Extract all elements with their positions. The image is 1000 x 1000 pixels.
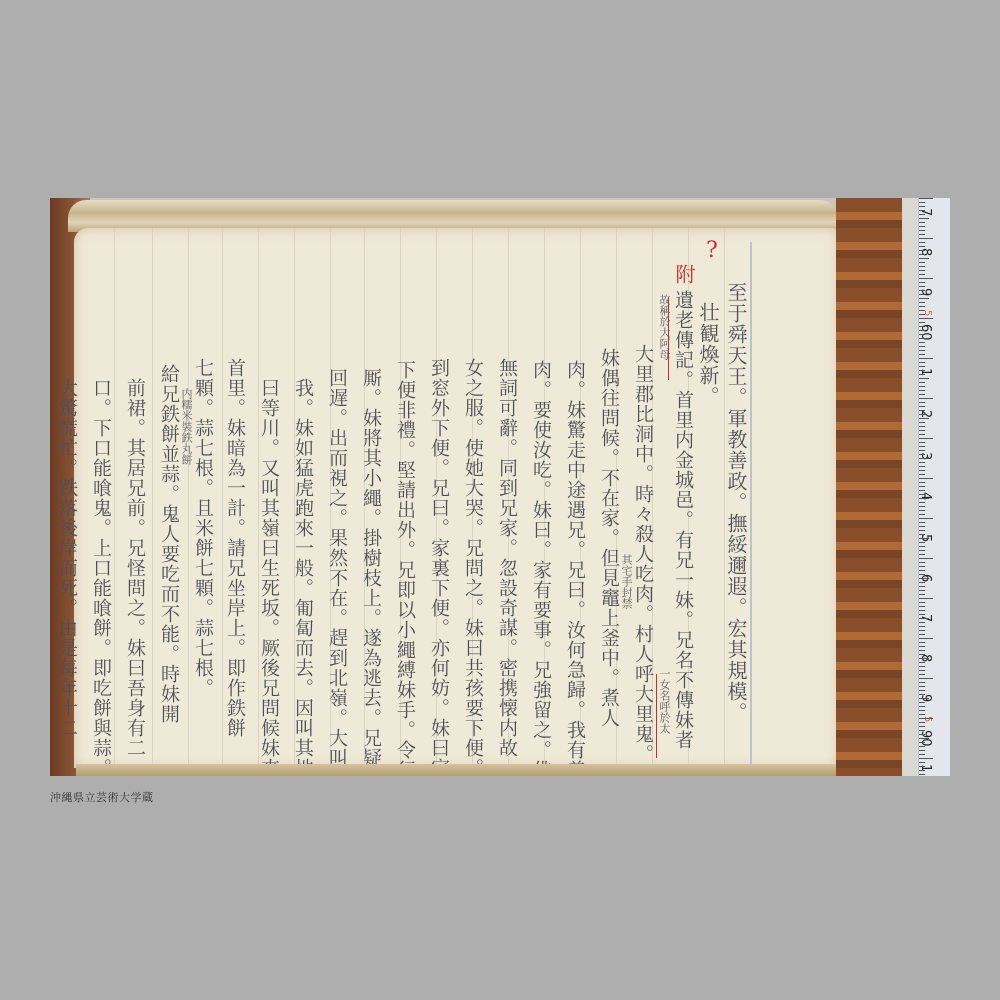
ruler-tick [919, 302, 925, 303]
ruler-tick [919, 226, 925, 227]
ruler-tick [919, 634, 925, 635]
ruler-tick [919, 230, 925, 231]
text-column: 至于舜天王。軍教善政。撫綏邇遐。宏其規模。 [724, 282, 748, 723]
ruler-tick [919, 270, 925, 271]
text-column: 我。妹如猛虎跑來一般。匍匐而去。因叫其地 [292, 378, 314, 776]
background-strip [902, 198, 918, 776]
ruler-tick [919, 442, 925, 443]
ruler-tick [919, 306, 925, 307]
ruler-tick [919, 726, 925, 727]
ruler-tick [919, 482, 925, 483]
ruler-tick [919, 426, 925, 427]
ruler-tick [919, 402, 925, 403]
ruler-tick [919, 590, 925, 591]
ruler-tick [919, 310, 925, 311]
text-column: 回遅。出而視之。果然不在。趕到北嶺。大叫等 [326, 368, 348, 776]
text-column: 大驚慌忙。跌落後岸而死。由是每年十二 [56, 378, 78, 738]
text-column: 無詞可辭。同到兄家。忽設奇謀。密携懐内故 [496, 358, 518, 758]
ruler-tick [919, 538, 929, 539]
ruler-tick [919, 378, 929, 379]
ruler-tick [919, 750, 925, 751]
ruler-tick [919, 774, 925, 775]
ruler-tick [919, 434, 925, 435]
ruler-tick [919, 218, 929, 219]
ruler-tick [919, 578, 929, 579]
page-edges-bottom [76, 764, 836, 776]
ruler-tick [919, 330, 925, 331]
ruler-tick [919, 534, 925, 535]
ruler-tick [919, 326, 925, 327]
ruler-tick [919, 542, 925, 543]
ruler-tick [919, 606, 925, 607]
ruler-tick [919, 746, 925, 747]
ruler-tick [919, 446, 925, 447]
ruler-tick [919, 490, 925, 491]
ruler-tick [919, 202, 925, 203]
ruler-tick [919, 622, 925, 623]
ruler-tick [919, 498, 929, 499]
ruler-tick [919, 474, 925, 475]
ruler-tick [919, 354, 925, 355]
ruler-tick [919, 526, 925, 527]
ruler-tick [919, 686, 925, 687]
ruler-tick [919, 762, 925, 763]
ruler-tick [919, 770, 925, 771]
ruler-tick [919, 258, 929, 259]
ruled-line [222, 228, 223, 768]
ruler-tick [919, 550, 925, 551]
ruler-tick [919, 246, 925, 247]
ruler-tick [919, 394, 925, 395]
ruler-tick [919, 470, 925, 471]
ruler-tick [919, 222, 925, 223]
ruler-tick [919, 286, 925, 287]
notebook-page: ? 至于舜天王。軍教善政。撫綏邇遐。宏其規模。 壮観煥新。 附 遺老傳記。首里内… [74, 228, 838, 768]
ruler-tick [919, 366, 925, 367]
ruler-tick [919, 294, 925, 295]
ruler-tick [919, 346, 925, 347]
ruler-tick [919, 266, 925, 267]
ruler-tick [919, 586, 925, 587]
ruler-tick [919, 494, 925, 495]
ruler-tick [919, 714, 925, 715]
ruler-tick [919, 706, 925, 707]
text-column: 厮。妹將其小繩。掛樹枝上。遂為逃去。兄疑妹 [360, 368, 382, 776]
ruler-tick [919, 610, 925, 611]
ruler-tick [919, 582, 925, 583]
ruler-tick [919, 718, 933, 719]
text-column: 肉。妹驚走中途遇兄。兄曰。汝何急歸。我有美 [564, 360, 586, 776]
ruler-tick [919, 242, 925, 243]
ruler-tick [919, 322, 925, 323]
text-column: 到窓外下便。兄曰。家裏下便。亦何妨。妹曰家裏 [428, 358, 450, 776]
text-column: 前裙。其居兄前。兄怪問之。妹曰吾身有二 [124, 378, 146, 758]
manuscript-photo: ? 至于舜天王。軍教善政。撫綏邇遐。宏其規模。 壮観煥新。 附 遺老傳記。首里内… [50, 198, 950, 776]
ruler-tick [919, 430, 925, 431]
ruler-tick [919, 766, 925, 767]
ruler-tick [919, 450, 925, 451]
ruler-tick [919, 382, 925, 383]
collection-caption: 沖縄県立芸術大学蔵 [50, 789, 154, 805]
ruler-tick [919, 598, 933, 599]
ruler-tick [919, 318, 933, 319]
ruler-tick [919, 386, 925, 387]
ruler-tick [919, 666, 925, 667]
text-column: 女之服。使她大哭。兄問之。妹曰共孩要下便。請暫 [462, 358, 483, 776]
red-margin-mark [656, 674, 657, 758]
ruler-tick [919, 250, 925, 251]
annotation: 其宅手封禁 [620, 554, 632, 609]
ruler-tick [919, 466, 925, 467]
ruler-tick [919, 454, 925, 455]
ruler-tick [919, 674, 925, 675]
ruler-tick [919, 690, 925, 691]
ruler-tick [919, 422, 925, 423]
ruler-tick [919, 662, 925, 663]
ruler-tick [919, 602, 925, 603]
ruler-tick [919, 282, 925, 283]
annotation: 一女名呼於太 [658, 668, 670, 734]
ruler-tick [919, 338, 929, 339]
ruler-tick [919, 314, 925, 315]
ruler-tick [919, 290, 925, 291]
ruler-tick [919, 478, 933, 479]
ruler-tick [919, 462, 925, 463]
book-binding-right [836, 198, 902, 776]
ruler-tick [919, 530, 925, 531]
text-column: 大里郡比洞中。時々殺人吃肉。村人呼大里鬼。 [632, 344, 654, 764]
ruler-tick [919, 734, 925, 735]
ruler-tick [919, 458, 929, 459]
ruler-tick [919, 198, 933, 199]
ruled-line [114, 228, 115, 768]
ruler-tick [919, 594, 925, 595]
ruler-tick [919, 506, 925, 507]
ruler-tick [919, 678, 933, 679]
ruler-tick [919, 278, 933, 279]
ruler-tick [919, 358, 933, 359]
text-column: 壮観煥新。 [696, 302, 720, 407]
ruler-tick [919, 274, 925, 275]
ruler-tick [919, 418, 929, 419]
heading-prefix: 附 [672, 264, 696, 285]
ruler-tick [919, 658, 929, 659]
ruler-tick [919, 626, 925, 627]
text-column: 遺老傳記。首里内金城邑。有兄一妹。兄名不傳妹者 [672, 290, 694, 750]
ruler-tick [919, 398, 933, 399]
ruler-tick [919, 334, 925, 335]
ruler-tick [919, 618, 929, 619]
ruler-tick [919, 298, 929, 299]
ruler-tick [919, 518, 933, 519]
ruler-tick [919, 514, 925, 515]
ruler-tick [919, 522, 925, 523]
ruler-tick [919, 754, 925, 755]
text-column: 首里。妹暗為一計。請兄坐岸上。即作鉄餅 [224, 358, 246, 738]
ruler-tick [919, 342, 925, 343]
ruler-tick [919, 238, 933, 239]
ruler-tick [919, 214, 925, 215]
ruler-tick [919, 406, 925, 407]
ruler-tick [919, 254, 925, 255]
text-column: 口。下口能喰鬼。上口能喰餅。即吃餅與蒜。兄 [90, 378, 112, 776]
ruler-tick [919, 486, 925, 487]
ruled-line [188, 228, 189, 768]
ruler-tick [919, 694, 925, 695]
annotation: 内糯米裝鉄丸餅 [180, 388, 192, 465]
text-column: 曰等川。又叫其嶺曰生死坂。厥後兄問候妹來 [258, 378, 280, 776]
measuring-ruler: 7 8 9 5 60 1 2 3 4 5 6 7 8 9 5 90 1 [918, 198, 950, 776]
ruler-tick [919, 722, 925, 723]
ruler-tick [919, 570, 925, 571]
ruler-tick [919, 566, 925, 567]
ruler-tick [919, 558, 933, 559]
ruler-tick [919, 438, 933, 439]
ruler-tick [919, 262, 925, 263]
ruler-tick [919, 682, 925, 683]
ruler-tick [919, 742, 925, 743]
ruler-tick [919, 554, 925, 555]
ruler-tick [919, 234, 925, 235]
ruler-tick [919, 370, 925, 371]
text-column: 肉。要使汝吃。妹曰。家有要事。兄強留之。佛 [530, 360, 552, 776]
margin-line [750, 242, 752, 768]
ruler-tick [919, 502, 925, 503]
ruler-tick [919, 350, 925, 351]
ruler-tick [919, 638, 933, 639]
ruler-tick [919, 574, 925, 575]
text-column: 七顆。蒜七根。且米餅七顆。蒜七根。 [192, 358, 214, 698]
ruler-tick [919, 642, 925, 643]
ruler-tick [919, 670, 925, 671]
ruler-tick [919, 758, 933, 759]
text-column: 妹偶往問候。不在家。但見竈上釜中。煮人 [598, 348, 620, 728]
ruler-tick [919, 698, 929, 699]
ruler-tick [919, 630, 925, 631]
ruler-tick [919, 738, 929, 739]
text-column: 下便非禮。堅請出外。兄即以小繩縛妹手。令行第 [394, 360, 416, 776]
text-column: 給兄鉄餅並蒜。鬼人要吃而不能。時妹開 [158, 364, 180, 724]
red-question-mark: ? [706, 238, 718, 263]
ruler-tick [919, 210, 925, 211]
red-margin-mark [668, 298, 669, 380]
ruler-tick [919, 374, 925, 375]
ruled-line [152, 228, 153, 768]
ruler-tick [919, 650, 925, 651]
ruler-tick [919, 646, 925, 647]
ruler-tick [919, 562, 925, 563]
ruler-tick [919, 206, 925, 207]
ruler-tick [919, 362, 925, 363]
ruler-tick [919, 730, 925, 731]
ruler-tick [919, 710, 925, 711]
ruler-tick [919, 414, 925, 415]
ruler-tick [919, 410, 925, 411]
ruler-tick [919, 614, 925, 615]
ruler-tick [919, 510, 925, 511]
ruler-tick [919, 546, 925, 547]
ruler-tick [919, 702, 925, 703]
ruler-tick [919, 390, 925, 391]
ruler-tick [919, 654, 925, 655]
